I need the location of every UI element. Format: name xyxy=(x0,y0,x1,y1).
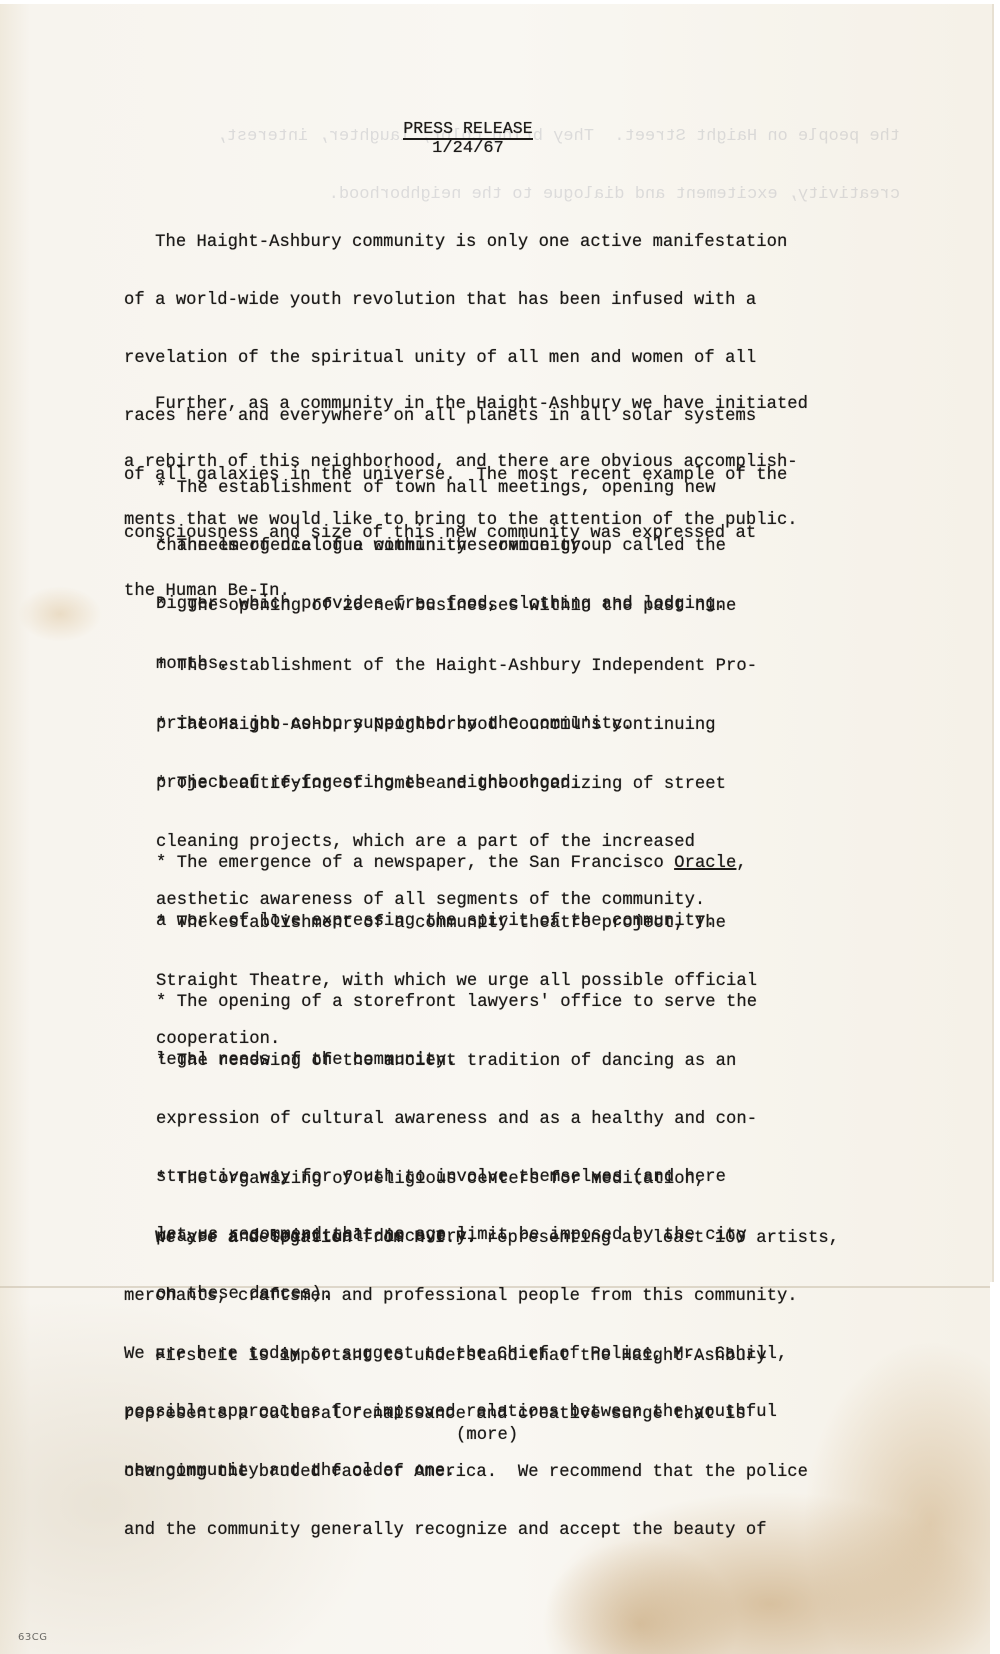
document-heading: PRESS RELEASE 1/24/67 xyxy=(388,120,548,158)
text-line: We are a delegation from H.I.P. represen… xyxy=(124,1229,954,1248)
text-line: * The renewing of the ancient tradition … xyxy=(156,1052,956,1071)
text-line: * The emergence of a newspaper, the San … xyxy=(156,854,956,873)
document-page: the people on Haight Street. They bring … xyxy=(0,4,992,1654)
text-line: * The opening of 26 new businesses withi… xyxy=(156,597,956,616)
text-line: and the community generally recognize an… xyxy=(124,1521,954,1540)
text-line: * The Haight-Ashbury Neighborhood Counci… xyxy=(156,716,956,735)
text-line: changing the bruted face of America. We … xyxy=(124,1463,954,1482)
archive-mark: 63CG xyxy=(18,1632,47,1643)
press-release-title: PRESS RELEASE xyxy=(403,120,532,140)
text-line: merchants, craftsmen and professional pe… xyxy=(124,1287,954,1306)
paragraph-first: First it is important to understand that… xyxy=(124,1308,954,1580)
text-line: * The establishment of a community theat… xyxy=(156,914,956,933)
text-segment: * The emergence of a newspaper, the San … xyxy=(156,854,674,873)
text-segment: , xyxy=(736,854,746,873)
text-line: * The emergence of a community service g… xyxy=(156,537,956,556)
oracle-newspaper-title: Oracle xyxy=(674,854,736,873)
torn-edge xyxy=(990,1282,1000,1654)
continuation-marker: (more) xyxy=(456,1426,518,1445)
text-line: * The organizing of religious centers fo… xyxy=(156,1170,956,1189)
text-line: * The opening of a storefront lawyers' o… xyxy=(156,993,956,1012)
text-line: represents a cultural renaissance and cr… xyxy=(124,1405,954,1424)
text-line: of a world-wide youth revolution that ha… xyxy=(124,291,954,310)
text-line: The Haight-Ashbury community is only one… xyxy=(124,233,954,252)
text-line: expression of cultural awareness and as … xyxy=(156,1110,956,1129)
bleed-through-line: the people on Haight Street. They bring … xyxy=(216,127,900,146)
text-line: * The establishment of town hall meeting… xyxy=(156,479,956,498)
text-line: * The beautifying of homes and the organ… xyxy=(156,775,956,794)
text-line: First it is important to understand that… xyxy=(124,1347,954,1366)
press-release-date: 1/24/67 xyxy=(388,140,548,158)
text-line: Further, as a community in the Haight-As… xyxy=(124,395,954,414)
text-line: * The establishment of the Haight-Ashbur… xyxy=(156,657,956,676)
